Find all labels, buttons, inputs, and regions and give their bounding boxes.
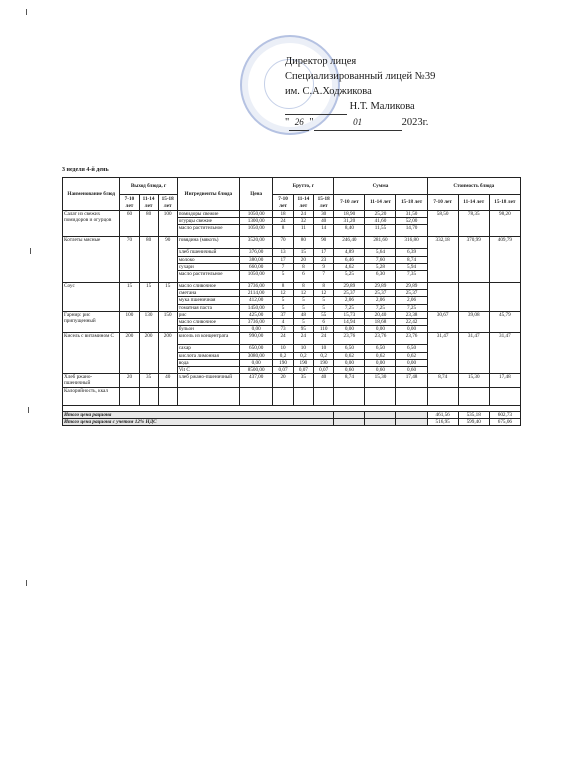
ingredient-price: 380,00 xyxy=(239,256,272,263)
calories-cell xyxy=(427,387,458,405)
ingredient-sum: 25,20 xyxy=(365,211,396,218)
total-value: 675,06 xyxy=(489,418,520,425)
ingredient-sum: 5,25 xyxy=(334,271,365,283)
total-value: 599,40 xyxy=(458,418,489,425)
ingredient-sum: 0,62 xyxy=(365,352,396,359)
ingredient-brutto: 70 xyxy=(273,237,293,249)
dish-row: Хлеб ржано-пшеничный203540хлеб ржано-пше… xyxy=(63,374,521,387)
ingredient-name: огурцы свежие xyxy=(177,218,239,225)
ingredient-sum: 0,62 xyxy=(396,352,427,359)
ingredient-brutto: 24 xyxy=(273,333,293,345)
total-label: Итого цена рациона xyxy=(63,411,334,418)
calories-cell xyxy=(139,387,158,405)
ingredient-sum: 7,25 xyxy=(365,304,396,311)
ingredient-brutto: 24 xyxy=(293,333,313,345)
ingredient-name: масло сливочное xyxy=(177,319,239,326)
ingredient-name: томатная паста xyxy=(177,304,239,311)
calories-label: Калорийность, ккал xyxy=(63,387,120,405)
dish-cost: 78,35 xyxy=(458,211,489,237)
ingredient-sum: 0,62 xyxy=(334,352,365,359)
dish-yield: 60 xyxy=(120,211,139,237)
ingredient-sum: 5,28 xyxy=(365,263,396,270)
calories-cell xyxy=(273,387,293,405)
ingredient-brutto: 0,2 xyxy=(314,352,334,359)
ingredient-sum: 22,42 xyxy=(396,319,427,326)
ingredient-brutto: 0,2 xyxy=(293,352,313,359)
signer-name: Н.Т. Маликова xyxy=(350,101,415,112)
dish-cost: 39,08 xyxy=(458,311,489,333)
dish-cost: 31,47 xyxy=(489,333,520,374)
ingredient-brutto: 55 xyxy=(314,311,334,318)
header-age-group: 7-10 лет xyxy=(120,195,139,211)
ingredient-brutto: 5 xyxy=(273,297,293,304)
calories-cell xyxy=(489,387,520,405)
ingredient-name: вода xyxy=(177,359,239,366)
total-empty-cell xyxy=(365,418,396,425)
ingredient-name: помидоры свежие xyxy=(177,211,239,218)
total-empty-cell xyxy=(396,418,427,425)
total-row: Итого цена рациона461,56535,18602,73 xyxy=(63,411,521,418)
ingredient-price: 1050,00 xyxy=(239,271,272,283)
ingredient-brutto: 20 xyxy=(293,256,313,263)
dish-cost: 31,47 xyxy=(458,333,489,374)
ingredient-price: 3736,00 xyxy=(239,319,272,326)
ingredient-sum: 18,90 xyxy=(334,211,365,218)
calories-cell xyxy=(239,387,272,405)
ingredient-price: 0,00 xyxy=(239,359,272,366)
ingredient-brutto: 7 xyxy=(273,263,293,270)
ingredient-brutto: 12 xyxy=(314,290,334,297)
ingredient-sum: 246,40 xyxy=(334,237,365,249)
ingredient-brutto: 0,07 xyxy=(293,367,313,374)
ingredient-brutto: 73 xyxy=(273,326,293,333)
ingredient-brutto: 32 xyxy=(293,218,313,225)
ingredient-sum: 0,00 xyxy=(334,326,365,333)
ingredient-sum: 281,60 xyxy=(365,237,396,249)
ingredient-price: 437,00 xyxy=(239,374,272,387)
ingredient-brutto: 4 xyxy=(273,319,293,326)
ingredient-brutto: 5 xyxy=(293,297,313,304)
ingredient-brutto: 5 xyxy=(314,304,334,311)
ingredient-brutto: 9 xyxy=(314,263,334,270)
ingredient-brutto: 40 xyxy=(314,374,334,387)
ingredient-name: кисель из концентрата xyxy=(177,333,239,345)
dish-row: Соус151515масло сливочное3736,0088829,89… xyxy=(63,283,521,290)
dish-cost: 58,50 xyxy=(427,211,458,237)
total-row: Итого цена рациона с учетом 12% НДС516,9… xyxy=(63,418,521,425)
dish-yield: 150 xyxy=(158,311,177,333)
header-age-group: 11-14 лет xyxy=(139,195,158,211)
dish-yield: 200 xyxy=(139,333,158,374)
ingredient-sum: 23,76 xyxy=(396,333,427,345)
ingredient-brutto: 0,2 xyxy=(273,352,293,359)
dish-row: Гарнир: рис припущенный100130150рис425,0… xyxy=(63,311,521,318)
calories-cell xyxy=(365,387,396,405)
approval-signature-line: Н.Т. Маликова xyxy=(285,99,485,115)
dish-name: Салат из свежих помидоров и огурцов xyxy=(63,211,120,237)
ingredient-sum: 0,00 xyxy=(396,326,427,333)
ingredient-brutto: 8 xyxy=(314,283,334,290)
calories-cell xyxy=(158,387,177,405)
ingredient-price: 8500,00 xyxy=(239,367,272,374)
ingredient-brutto: 15 xyxy=(293,249,313,256)
calories-cell xyxy=(120,387,139,405)
ingredient-sum: 15,73 xyxy=(334,311,365,318)
header-yield: Выход блюда, г xyxy=(120,178,177,195)
dish-yield: 40 xyxy=(158,374,177,387)
dish-row: Кисель с витамином С200200200кисель из к… xyxy=(63,333,521,345)
total-value: 602,73 xyxy=(489,411,520,418)
ingredient-sum: 6,50 xyxy=(365,345,396,352)
ingredient-name: хлеб пшеничный xyxy=(177,249,239,256)
date-year: 2023г. xyxy=(402,117,429,128)
ingredient-sum: 0,00 xyxy=(365,359,396,366)
ingredient-brutto: 37 xyxy=(273,311,293,318)
ingredient-sum: 316,80 xyxy=(396,237,427,249)
ingredient-name: Vit C xyxy=(177,367,239,374)
ingredient-name: рис xyxy=(177,311,239,318)
header-price: Цена xyxy=(239,178,272,211)
dish-yield: 100 xyxy=(158,211,177,237)
ingredient-brutto: 95 xyxy=(293,326,313,333)
ingredient-brutto: 48 xyxy=(293,311,313,318)
header-age-group: 11-14 лет xyxy=(458,195,489,211)
approval-date: "26"012023г. xyxy=(285,115,485,131)
ingredient-sum: 7,25 xyxy=(396,304,427,311)
ingredient-brutto: 30 xyxy=(314,211,334,218)
ingredient-sum: 6,50 xyxy=(396,345,427,352)
ingredient-brutto: 17 xyxy=(273,256,293,263)
ingredient-brutto: 8 xyxy=(273,283,293,290)
ingredient-brutto: 10 xyxy=(293,345,313,352)
dish-name: Гарнир: рис припущенный xyxy=(63,311,120,333)
dish-yield: 15 xyxy=(120,283,139,312)
ingredient-sum: 7,25 xyxy=(334,304,365,311)
header-age-group: 7-10 лет xyxy=(334,195,365,211)
dish-name: Котлеты мясные xyxy=(63,237,120,283)
total-empty-cell xyxy=(334,411,365,418)
ingredient-name: масло растительное xyxy=(177,271,239,283)
ingredient-price: 3736,00 xyxy=(239,283,272,290)
ingredient-sum: 0,60 xyxy=(365,367,396,374)
ingredient-sum: 29,89 xyxy=(334,283,365,290)
ingredient-sum: 29,89 xyxy=(396,283,427,290)
dish-yield: 130 xyxy=(139,311,158,333)
dish-cost: 409,79 xyxy=(489,237,520,283)
dish-yield: 70 xyxy=(120,237,139,283)
approval-school-name: им. С.А.Ходжикова xyxy=(285,84,485,99)
ingredient-price: 425,00 xyxy=(239,311,272,318)
ingredient-name: масло сливочное xyxy=(177,283,239,290)
ingredient-brutto: 14 xyxy=(314,225,334,237)
header-age-group: 15-18 лет xyxy=(489,195,520,211)
dish-yield: 80 xyxy=(139,237,158,283)
ingredient-brutto: 12 xyxy=(293,290,313,297)
ingredient-brutto: 35 xyxy=(293,374,313,387)
total-empty-cell xyxy=(396,411,427,418)
header-brutto: Брутто, г xyxy=(273,178,334,195)
ingredient-sum: 0,00 xyxy=(334,359,365,366)
ingredient-brutto: 190 xyxy=(273,359,293,366)
ingredient-price: 1050,00 xyxy=(239,211,272,218)
ingredient-sum: 25,37 xyxy=(396,290,427,297)
approval-school: Специализированный лицей №39 xyxy=(285,69,485,84)
ingredient-sum: 0,00 xyxy=(365,326,396,333)
ingredient-sum: 11,55 xyxy=(365,225,396,237)
ingredient-brutto: 8 xyxy=(293,263,313,270)
total-value: 461,56 xyxy=(427,411,458,418)
ingredient-sum: 6,30 xyxy=(365,271,396,283)
ingredient-sum: 8,74 xyxy=(396,256,427,263)
ingredient-price: 3520,00 xyxy=(239,237,272,249)
ingredient-price: 2114,00 xyxy=(239,290,272,297)
calories-cell xyxy=(458,387,489,405)
ingredient-brutto: 11 xyxy=(293,225,313,237)
ingredient-sum: 7,60 xyxy=(365,256,396,263)
ingredient-brutto: 6 xyxy=(314,319,334,326)
dish-yield: 20 xyxy=(120,374,139,387)
ingredient-sum: 20,40 xyxy=(365,311,396,318)
header-dish-name: Наименование блюд xyxy=(63,178,120,211)
ingredient-sum: 2,06 xyxy=(334,297,365,304)
ingredient-sum: 52,00 xyxy=(396,218,427,225)
dish-yield: 15 xyxy=(139,283,158,312)
calories-row: Калорийность, ккал xyxy=(63,387,521,405)
ingredient-price: 1300,00 xyxy=(239,218,272,225)
calories-cell xyxy=(293,387,313,405)
day-title: 3 неделя 4-й день xyxy=(62,167,109,173)
header-age-group: 11-14 лет xyxy=(365,195,396,211)
ingredient-sum: 0,60 xyxy=(396,367,427,374)
dish-name: Хлеб ржано-пшеничный xyxy=(63,374,120,387)
header-age-group: 7-10 лет xyxy=(427,195,458,211)
total-empty-cell xyxy=(334,418,365,425)
ingredient-name: сухари xyxy=(177,263,239,270)
ingredient-brutto: 10 xyxy=(273,345,293,352)
ingredient-price: 1050,00 xyxy=(239,225,272,237)
total-empty-cell xyxy=(365,411,396,418)
header-ingredients: Ингредиенты блюда xyxy=(177,178,239,211)
ingredient-brutto: 10 xyxy=(314,345,334,352)
ingredient-sum: 18,68 xyxy=(365,319,396,326)
ingredient-brutto: 24 xyxy=(273,218,293,225)
calories-cell xyxy=(396,387,427,405)
ingredient-brutto: 8 xyxy=(293,283,313,290)
dish-row: Салат из свежих помидоров и огурцов60801… xyxy=(63,211,521,218)
menu-table: Наименование блюд Выход блюда, г Ингреди… xyxy=(62,177,521,426)
ingredient-brutto: 5 xyxy=(314,297,334,304)
ingredient-brutto: 17 xyxy=(314,249,334,256)
approval-block: Директор лицея Специализированный лицей … xyxy=(285,54,485,131)
dish-cost xyxy=(489,283,520,312)
header-age-group: 7-10 лет xyxy=(273,195,293,211)
header-cost: Стоимость блюда xyxy=(427,178,520,195)
ingredient-name: кислота лимонная xyxy=(177,352,239,359)
ingredient-price: 1450,00 xyxy=(239,304,272,311)
dish-cost: 8,74 xyxy=(427,374,458,387)
dish-yield: 90 xyxy=(158,237,177,283)
calories-cell xyxy=(314,387,334,405)
ingredient-price: 3080,00 xyxy=(239,352,272,359)
binding-mark xyxy=(26,580,27,586)
ingredient-brutto: 24 xyxy=(314,333,334,345)
dish-yield: 200 xyxy=(158,333,177,374)
header-age-group: 15-18 лет xyxy=(396,195,427,211)
dish-cost: 332,18 xyxy=(427,237,458,283)
ingredient-brutto: 23 xyxy=(314,256,334,263)
ingredient-brutto: 190 xyxy=(293,359,313,366)
ingredient-sum: 41,60 xyxy=(365,218,396,225)
ingredient-name: хлеб ржано-пшеничный xyxy=(177,374,239,387)
dish-name: Соус xyxy=(63,283,120,312)
ingredient-sum: 4,89 xyxy=(334,249,365,256)
ingredient-sum: 8,74 xyxy=(334,374,365,387)
ingredient-sum: 15,30 xyxy=(365,374,396,387)
dish-row: Котлеты мясные708090говядина (мякоть)352… xyxy=(63,237,521,249)
ingredient-name: говядина (мякоть) xyxy=(177,237,239,249)
ingredient-sum: 8,40 xyxy=(334,225,365,237)
ingredient-sum: 0,00 xyxy=(396,359,427,366)
ingredient-sum: 31,50 xyxy=(396,211,427,218)
ingredient-brutto: 5 xyxy=(293,304,313,311)
ingredient-brutto: 6 xyxy=(293,271,313,283)
ingredient-name: сахар xyxy=(177,345,239,352)
ingredient-brutto: 20 xyxy=(273,374,293,387)
ingredient-name: мука пшеничная xyxy=(177,297,239,304)
dish-yield: 15 xyxy=(158,283,177,312)
ingredient-sum: 2,06 xyxy=(396,297,427,304)
dish-yield: 35 xyxy=(139,374,158,387)
ingredient-brutto: 13 xyxy=(273,249,293,256)
total-value: 516,95 xyxy=(427,418,458,425)
ingredient-name: молоко xyxy=(177,256,239,263)
total-label: Итого цена рациона с учетом 12% НДС xyxy=(63,418,334,425)
ingredient-brutto: 8 xyxy=(273,225,293,237)
ingredient-brutto: 40 xyxy=(314,218,334,225)
ingredient-brutto: 0,07 xyxy=(273,367,293,374)
ingredient-brutto: 24 xyxy=(293,211,313,218)
ingredient-sum: 14,94 xyxy=(334,319,365,326)
dish-cost: 98,20 xyxy=(489,211,520,237)
ingredient-sum: 14,70 xyxy=(396,225,427,237)
calories-cell xyxy=(334,387,365,405)
ingredient-brutto: 5 xyxy=(273,271,293,283)
ingredient-name: бульон xyxy=(177,326,239,333)
ingredient-sum: 6,46 xyxy=(334,256,365,263)
ingredient-sum: 23,38 xyxy=(396,311,427,318)
dish-cost: 45,79 xyxy=(489,311,520,333)
ingredient-sum: 6,50 xyxy=(334,345,365,352)
ingredient-name: сметана xyxy=(177,290,239,297)
ingredient-sum: 7,35 xyxy=(396,271,427,283)
approval-title: Директор лицея xyxy=(285,54,485,69)
total-value: 535,18 xyxy=(458,411,489,418)
header-age-group: 15-18 лет xyxy=(158,195,177,211)
dish-cost: 17,48 xyxy=(489,374,520,387)
ingredient-sum: 6,39 xyxy=(396,249,427,256)
calories-cell xyxy=(177,387,239,405)
dish-cost: 15,30 xyxy=(458,374,489,387)
ingredient-price: 650,00 xyxy=(239,345,272,352)
header-age-group: 11-14 лет xyxy=(293,195,313,211)
ingredient-brutto: 5 xyxy=(293,319,313,326)
dish-yield: 80 xyxy=(139,211,158,237)
ingredient-brutto: 80 xyxy=(293,237,313,249)
ingredient-sum: 25,37 xyxy=(365,290,396,297)
ingredient-sum: 29,89 xyxy=(365,283,396,290)
ingredient-name: масло растительное xyxy=(177,225,239,237)
ingredient-brutto: 18 xyxy=(273,211,293,218)
binding-mark xyxy=(28,407,29,413)
ingredient-sum: 17,48 xyxy=(396,374,427,387)
dish-name: Кисель с витамином С xyxy=(63,333,120,374)
ingredient-sum: 0,60 xyxy=(334,367,365,374)
header-sum: Сумма xyxy=(334,178,427,195)
ingredient-brutto: 90 xyxy=(314,237,334,249)
ingredient-sum: 23,76 xyxy=(365,333,396,345)
ingredient-price: 376,00 xyxy=(239,249,272,256)
dish-yield: 200 xyxy=(120,333,139,374)
dish-cost: 31,47 xyxy=(427,333,458,374)
header-age-group: 15-18 лет xyxy=(314,195,334,211)
binding-mark xyxy=(30,248,31,254)
dish-cost: 370,99 xyxy=(458,237,489,283)
ingredient-brutto: 190 xyxy=(314,359,334,366)
dish-cost xyxy=(458,283,489,312)
ingredient-price: 412,00 xyxy=(239,297,272,304)
ingredient-sum: 31,20 xyxy=(334,218,365,225)
ingredient-sum: 2,06 xyxy=(365,297,396,304)
ingredient-price: 0,00 xyxy=(239,326,272,333)
binding-mark xyxy=(26,9,27,15)
ingredient-sum: 23,76 xyxy=(334,333,365,345)
dish-cost xyxy=(427,283,458,312)
ingredient-brutto: 0,07 xyxy=(314,367,334,374)
ingredient-brutto: 7 xyxy=(314,271,334,283)
ingredient-sum: 5,94 xyxy=(396,263,427,270)
ingredient-price: 990,00 xyxy=(239,333,272,345)
dish-yield: 100 xyxy=(120,311,139,333)
ingredient-brutto: 12 xyxy=(273,290,293,297)
ingredient-price: 660,00 xyxy=(239,263,272,270)
ingredient-sum: 4,62 xyxy=(334,263,365,270)
ingredient-sum: 5,64 xyxy=(365,249,396,256)
ingredient-brutto: 5 xyxy=(273,304,293,311)
ingredient-brutto: 110 xyxy=(314,326,334,333)
dish-cost: 30,67 xyxy=(427,311,458,333)
ingredient-sum: 25,37 xyxy=(334,290,365,297)
